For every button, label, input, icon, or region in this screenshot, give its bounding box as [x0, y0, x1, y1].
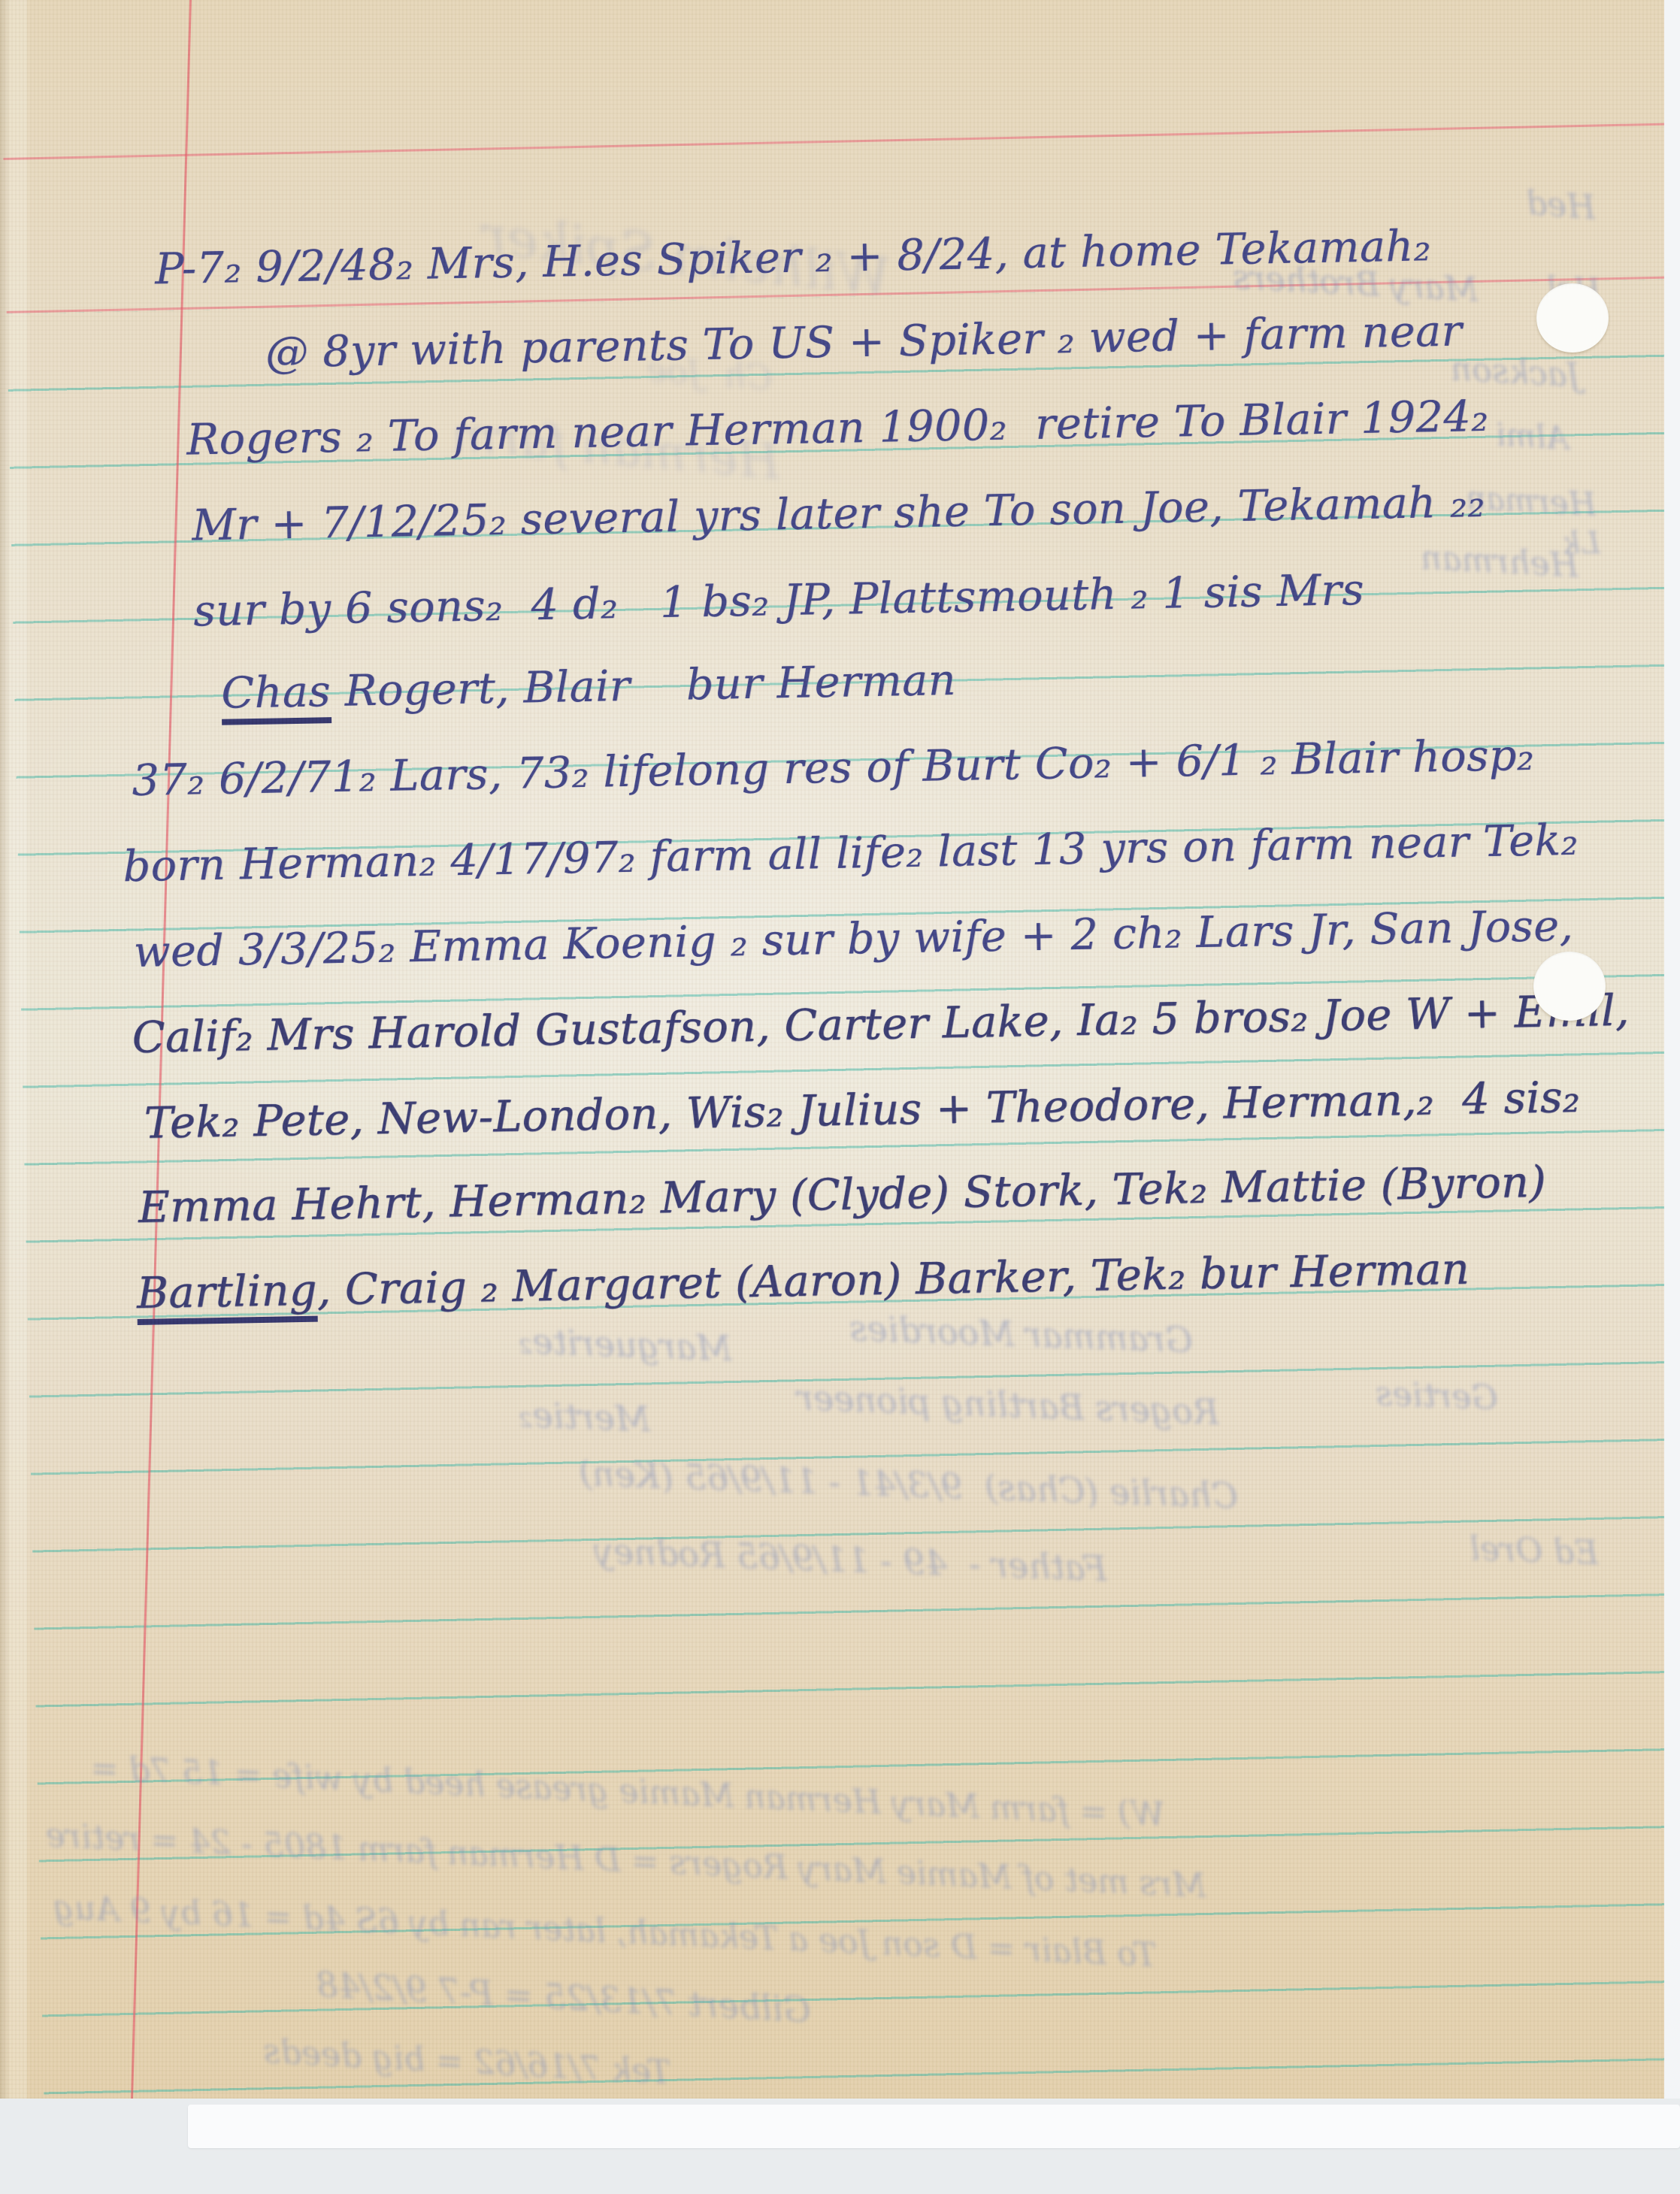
handwriting-line: Mr + 7/12/25₂ several yrs later she To s…	[192, 477, 1486, 551]
handwriting-layer: P-7₂ 9/2/48₂ Mrs, H.es Spiker ₂ + 8/24, …	[0, 0, 1680, 2099]
handwriting-line: Chas Rogert, Blair bur Herman	[221, 655, 957, 719]
paper-sheet: Wilhelm SpikerHerman farmHedMary Brother…	[0, 0, 1664, 2099]
handwriting-line: Bartling, Craig ₂ Margaret (Aaron) Barke…	[136, 1245, 1470, 1318]
underlined-word: Chas	[221, 667, 331, 725]
scanner-background-right	[1664, 0, 1680, 2194]
handwriting-line: sur by 6 sons₂ 4 d₂ 1 bs₂ JP, Plattsmout…	[193, 565, 1365, 637]
punch-hole	[1536, 283, 1609, 353]
handwriting-line: born Herman₂ 4/17/97₂ farm all life₂ las…	[123, 816, 1579, 891]
handwriting-line: P-7₂ 9/2/48₂ Mrs, H.es Spiker ₂ + 8/24, …	[154, 221, 1431, 294]
handwriting-line: Rogers ₂ To farm near Herman 1900₂ retir…	[186, 392, 1489, 465]
handwriting-line: Tek₂ Pete, New-London, Wis₂ Julius + The…	[144, 1073, 1580, 1148]
underlying-sheet-edge	[188, 2105, 1680, 2148]
handwriting-line: Calif₂ Mrs Harold Gustafson, Carter Lake…	[132, 986, 1630, 1063]
handwriting-line: Emma Hehrt, Herman₂ Mary (Clyde) Stork, …	[138, 1158, 1546, 1233]
handwriting-line: 37₂ 6/2/71₂ Lars, 73₂ lifelong res of Bu…	[132, 731, 1535, 806]
punch-hole	[1533, 952, 1606, 1021]
underlined-word: Bartling	[136, 1266, 317, 1325]
handwriting-line: @ 8yr with parents To US + Spiker ₂ wed …	[265, 306, 1463, 377]
scanned-page: Wilhelm SpikerHerman farmHedMary Brother…	[0, 0, 1680, 2194]
handwriting-line: wed 3/3/25₂ Emma Koenig ₂ sur by wife + …	[133, 901, 1574, 977]
